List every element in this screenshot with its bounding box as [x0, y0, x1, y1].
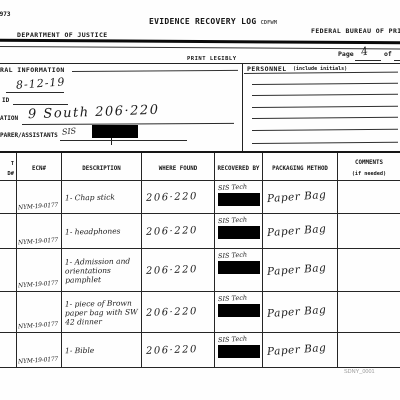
- column-header-item: T D#: [0, 153, 17, 181]
- description-cell: 1- headphones: [62, 214, 142, 249]
- ecn-cell: NYM-19-0177: [17, 292, 62, 333]
- column-header-where-found: WHERE FOUND: [142, 153, 215, 181]
- form-number-fragment: -973: [0, 11, 10, 18]
- packaging-cell: Paper Bag: [263, 333, 338, 368]
- redaction-box: [218, 345, 260, 358]
- bates-number: SDNY_0001: [344, 369, 375, 375]
- item-number-cell: [0, 181, 17, 214]
- item-number-cell: [0, 292, 17, 333]
- personnel-line: [244, 72, 398, 74]
- page-title-text: EVIDENCE RECOVERY LOG: [149, 17, 256, 26]
- where-found-cell: 206·220: [142, 214, 215, 249]
- redaction-box: [218, 261, 260, 274]
- evidence-table: T D# ECN# DESCRIPTION WHERE FOUND RECOVE…: [0, 151, 400, 368]
- where-found-cell: 206·220: [142, 249, 215, 292]
- comments-cell: [338, 249, 400, 292]
- preparer-field-line: [60, 140, 187, 141]
- ecn-cell: NYM-19-0177: [17, 249, 62, 292]
- preparer-value-handwritten: SIS: [62, 126, 77, 136]
- personnel-line: [252, 94, 398, 96]
- page-of-label: of: [384, 50, 392, 58]
- where-found-cell: 206·220: [142, 333, 215, 368]
- page-number-line: [355, 60, 381, 61]
- header-rule-thin: [0, 46, 400, 49]
- where-found-cell: 206·220: [142, 181, 215, 214]
- personnel-line: [252, 106, 398, 108]
- item-number-cell: [0, 333, 17, 368]
- page-number-handwritten: 4: [360, 44, 370, 58]
- stray-mark: [111, 138, 112, 145]
- recovered-by-cell: SIS Tech: [215, 333, 263, 368]
- item-number-cell: [0, 249, 17, 292]
- date-value-handwritten: 8-12-19: [16, 75, 66, 91]
- packaging-cell: Paper Bag: [263, 214, 338, 249]
- redaction-box: [218, 193, 260, 206]
- redaction-box: [218, 226, 260, 239]
- description-cell: 1- Bible: [62, 333, 142, 368]
- personnel-line: [252, 142, 398, 144]
- description-cell: 1- Admission and orientations pamphlet: [62, 249, 142, 292]
- bureau-label: FEDERAL BUREAU OF PRI: [311, 27, 400, 35]
- header-rule-thick: [0, 39, 400, 44]
- redaction-box: [92, 125, 138, 138]
- ecn-cell: NYM-19-0177: [17, 333, 62, 368]
- where-found-cell: 206·220: [142, 292, 215, 333]
- packaging-cell: Paper Bag: [263, 249, 338, 292]
- page-label: Page: [338, 50, 354, 58]
- comments-cell: [338, 214, 400, 249]
- description-cell: 1- piece of Brown paper bag with SW 42 d…: [62, 292, 142, 333]
- id-field-line: [13, 104, 68, 105]
- description-cell: 1- Chap stick: [62, 181, 142, 214]
- page-title: EVIDENCE RECOVERY LOGCDFWM: [149, 17, 277, 26]
- comments-cell: [338, 333, 400, 368]
- recovered-by-cell: SIS Tech: [215, 214, 263, 249]
- personnel-line: [252, 83, 398, 85]
- section-top-rule: [0, 63, 400, 64]
- date-field-line: [6, 92, 64, 93]
- print-legibly-label: PRINT LEGIBLY: [187, 56, 237, 62]
- location-value-handwritten: 9 South 206·220: [28, 103, 160, 123]
- comments-cell: [338, 181, 400, 214]
- id-field-label: ID: [2, 97, 9, 104]
- personnel-subheading: (include initials): [293, 66, 347, 72]
- packaging-cell: Paper Bag: [263, 181, 338, 214]
- column-header-recovered-by: RECOVERED BY: [215, 153, 263, 181]
- recovered-by-cell: SIS Tech: [215, 249, 263, 292]
- department-label: DEPARTMENT OF JUSTICE: [17, 31, 108, 39]
- page-total-line: [394, 60, 400, 61]
- recovered-by-cell: SIS Tech: [215, 181, 263, 214]
- preparer-field-label: PARER/ASSISTANTS: [0, 132, 58, 139]
- form-code: CDFWM: [260, 20, 277, 26]
- section-divider: [242, 63, 243, 151]
- recovered-by-cell: SIS Tech: [215, 292, 263, 333]
- personnel-line: [252, 117, 398, 119]
- column-header-comments: COMMENTS (if needed): [338, 153, 400, 181]
- column-header-description: DESCRIPTION: [62, 153, 142, 181]
- packaging-cell: Paper Bag: [263, 292, 338, 333]
- column-header-ecn: ECN#: [17, 153, 62, 181]
- ecn-cell: NYM-19-0177: [17, 181, 62, 214]
- item-number-cell: [0, 214, 17, 249]
- comments-cell: [338, 292, 400, 333]
- redaction-box: [218, 304, 260, 317]
- evidence-recovery-log-page: -973 EVIDENCE RECOVERY LOGCDFWM DEPARTME…: [0, 0, 400, 400]
- location-field-label: ATION: [0, 115, 18, 122]
- ecn-cell: NYM-19-0177: [17, 214, 62, 249]
- personnel-line: [252, 129, 398, 131]
- heading-rule: [72, 70, 238, 72]
- general-information-heading: RAL INFORMATION: [0, 66, 65, 74]
- column-header-packaging-method: PACKAGING METHOD: [263, 153, 338, 181]
